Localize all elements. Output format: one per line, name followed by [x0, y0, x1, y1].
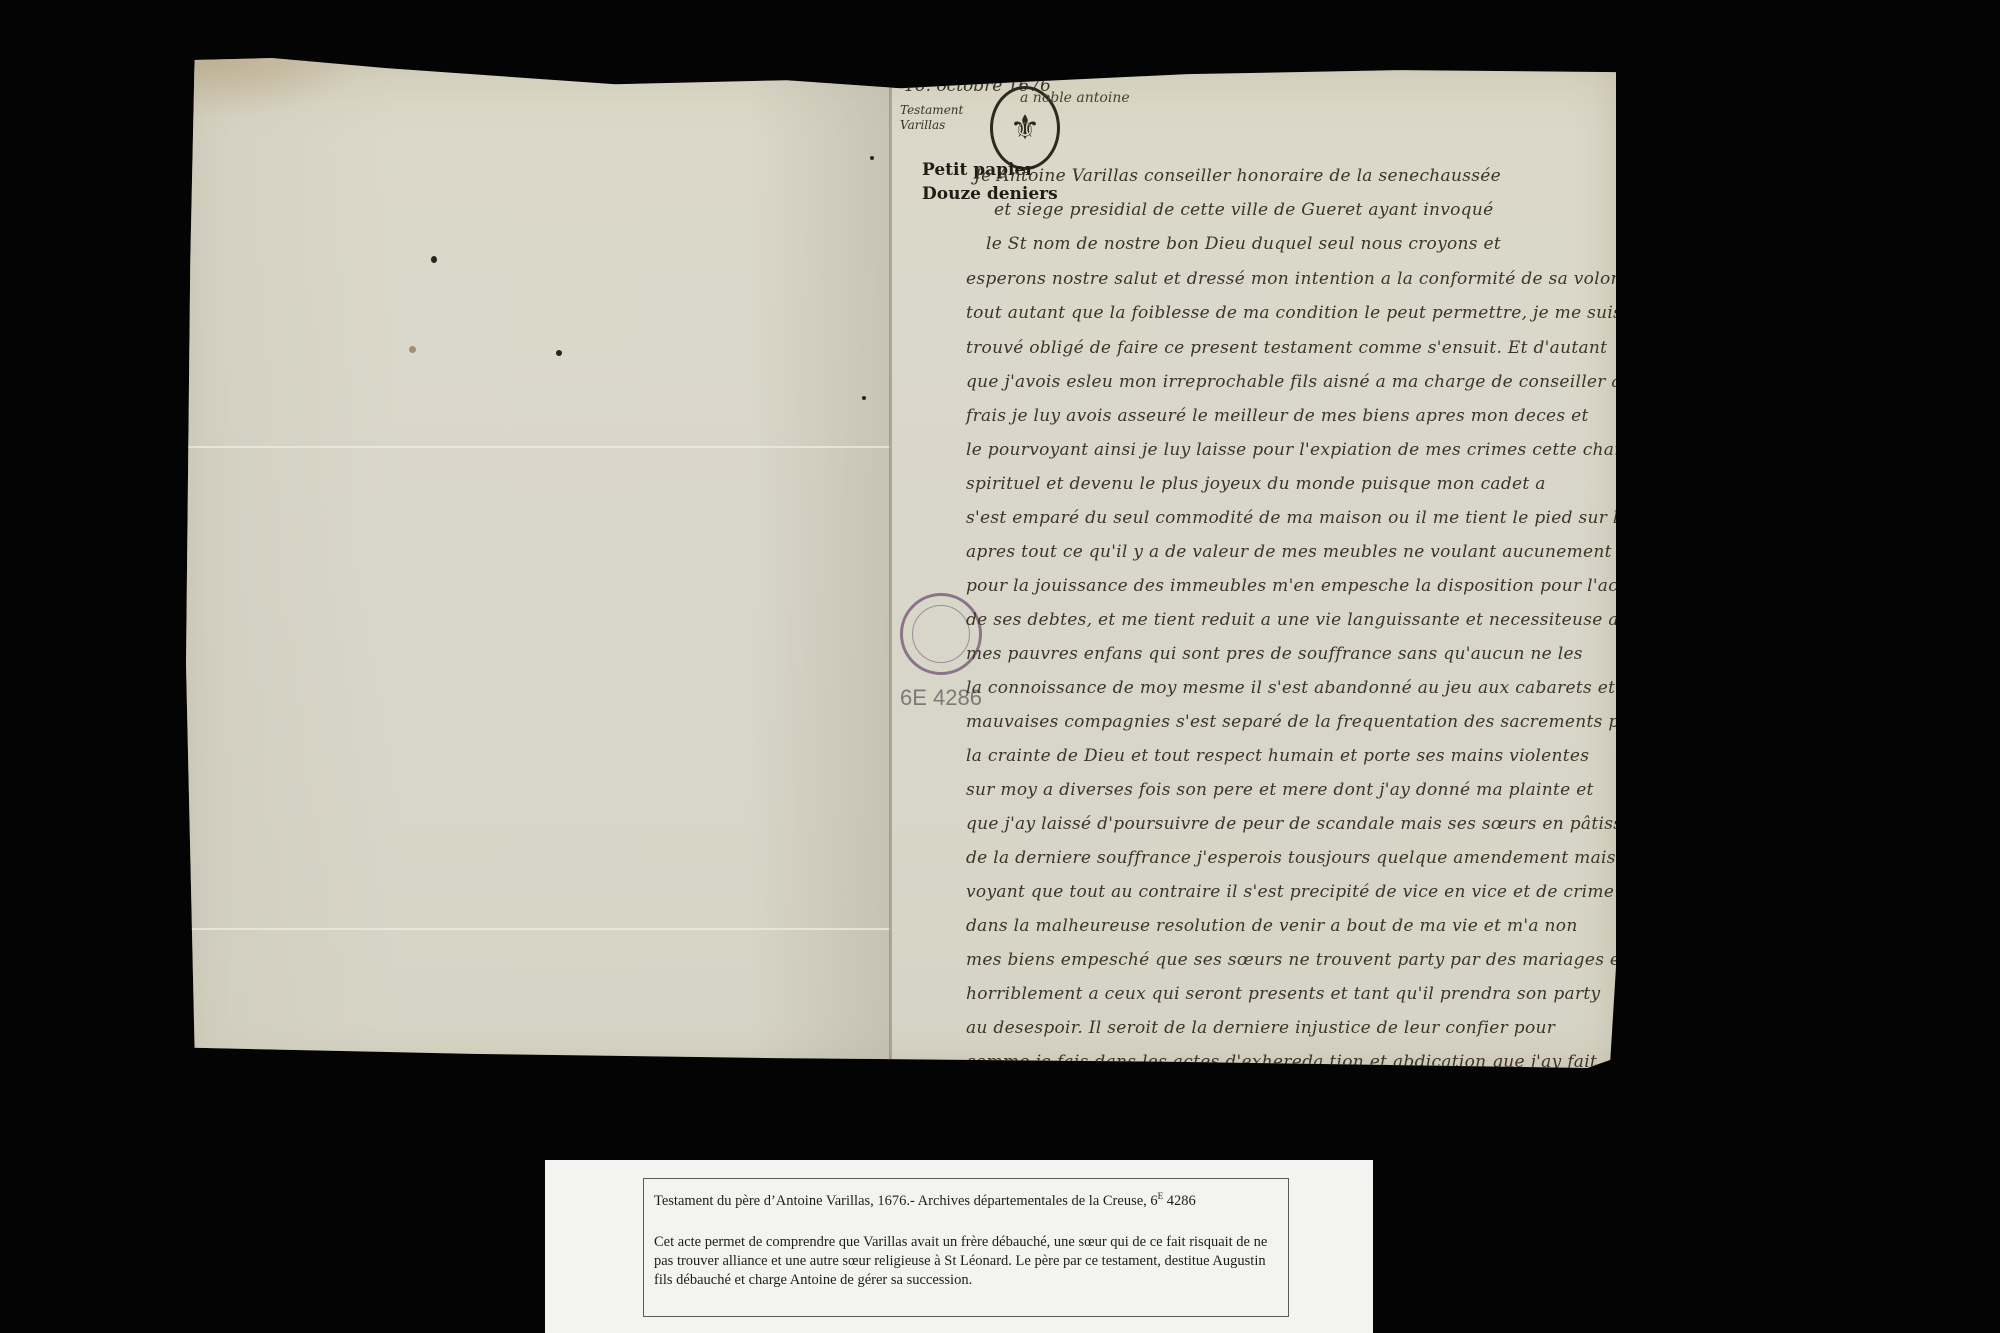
handwritten-line: de ses debtes, et me tient reduit a une …	[966, 610, 1649, 630]
handwritten-line: que j'avois esleu mon irreprochable fils…	[966, 372, 1719, 392]
caption-box: Testament du père d’Antoine Varillas, 16…	[643, 1178, 1289, 1317]
handwritten-line: sur moy a diverses fois son pere et mere…	[966, 780, 1594, 800]
handwritten-line: esperons nostre salut et dressé mon inte…	[966, 269, 1639, 289]
handwritten-line: Je Antoine Varillas conseiller honoraire…	[974, 166, 1501, 186]
handwritten-line: le St nom de nostre bon Dieu duquel seul…	[986, 234, 1501, 254]
handwritten-line: comme je fais dans les actes d'exhereda …	[966, 1052, 1597, 1072]
handwritten-line: spirituel et devenu le plus joyeux du mo…	[966, 474, 1546, 494]
handwritten-line: mes pauvres enfans qui sont pres de souf…	[966, 644, 1583, 664]
caption-card: Testament du père d’Antoine Varillas, 16…	[545, 1160, 1373, 1333]
margin-label: Testament Varillas	[900, 103, 970, 133]
handwritten-line: apres tout ce qu'il y a de valeur de mes…	[966, 542, 1612, 562]
manuscript-sheet: 16. octobre 1676 Testament Varillas ⚜ a …	[186, 58, 1616, 1068]
ink-spot	[431, 256, 437, 263]
caption-title: Testament du père d’Antoine Varillas, 16…	[654, 1191, 1196, 1210]
ink-spot	[556, 350, 562, 356]
handwritten-line: que j'ay laissé d'poursuivre de peur de …	[966, 814, 1651, 834]
handwritten-line: trouvé obligé de faire ce present testam…	[966, 338, 1607, 358]
handwritten-line: voyant que tout au contraire il s'est pr…	[966, 882, 1614, 902]
handwritten-line: frais je luy avois asseuré le meilleur d…	[966, 406, 1589, 426]
handwritten-line: horriblement a ceux qui seront presents …	[966, 984, 1600, 1004]
handwritten-line: dans la malheureuse resolution de venir …	[966, 916, 1578, 936]
horizontal-fold-line	[186, 446, 890, 448]
ink-spot	[870, 156, 874, 160]
handwritten-line: au desespoir. Il seroit de la derniere i…	[966, 1018, 1555, 1038]
handwritten-line: la connoissance de moy mesme il s'est ab…	[966, 678, 1653, 698]
handwritten-line: tout autant que la foiblesse de ma condi…	[966, 303, 1622, 323]
caption-title-number: 4286	[1163, 1193, 1196, 1209]
handwritten-line: fait et passé de le declarer indigne et …	[966, 1086, 1626, 1106]
right-page-recto: 16. octobre 1676 Testament Varillas ⚜ a …	[892, 58, 1616, 1068]
handwritten-line: le pourvoyant ainsi je luy laisse pour l…	[966, 440, 1644, 460]
horizontal-fold-line	[186, 928, 890, 930]
folio-number: 77	[1672, 106, 1705, 135]
foxing-spot	[409, 346, 416, 353]
archive-stamp-inner-ring	[912, 605, 970, 663]
handwritten-line: mes biens empesché que ses sœurs ne trou…	[966, 950, 1725, 970]
handwritten-line: la crainte de Dieu et tout respect humai…	[966, 746, 1589, 766]
handwritten-line: pour la jouissance des immeubles m'en em…	[966, 576, 1716, 596]
handwritten-line: mauvaises compagnies s'est separé de la …	[966, 712, 1661, 732]
handwritten-line: de la derniere souffrance j'esperois tou…	[966, 848, 1616, 868]
handwritten-line: et siege presidial de cette ville de Gue…	[994, 200, 1493, 220]
ink-spot	[862, 396, 866, 400]
caption-title-text: Testament du père d’Antoine Varillas, 16…	[654, 1193, 1158, 1209]
top-note: a noble antoine	[1020, 90, 1130, 106]
fleur-de-lis-icon: ⚜	[1010, 108, 1040, 148]
handwritten-line: s'est emparé du seul commodité de ma mai…	[966, 508, 1686, 528]
caption-body: Cet acte permet de comprendre que Varill…	[654, 1233, 1274, 1290]
left-page-verso	[186, 58, 890, 1068]
